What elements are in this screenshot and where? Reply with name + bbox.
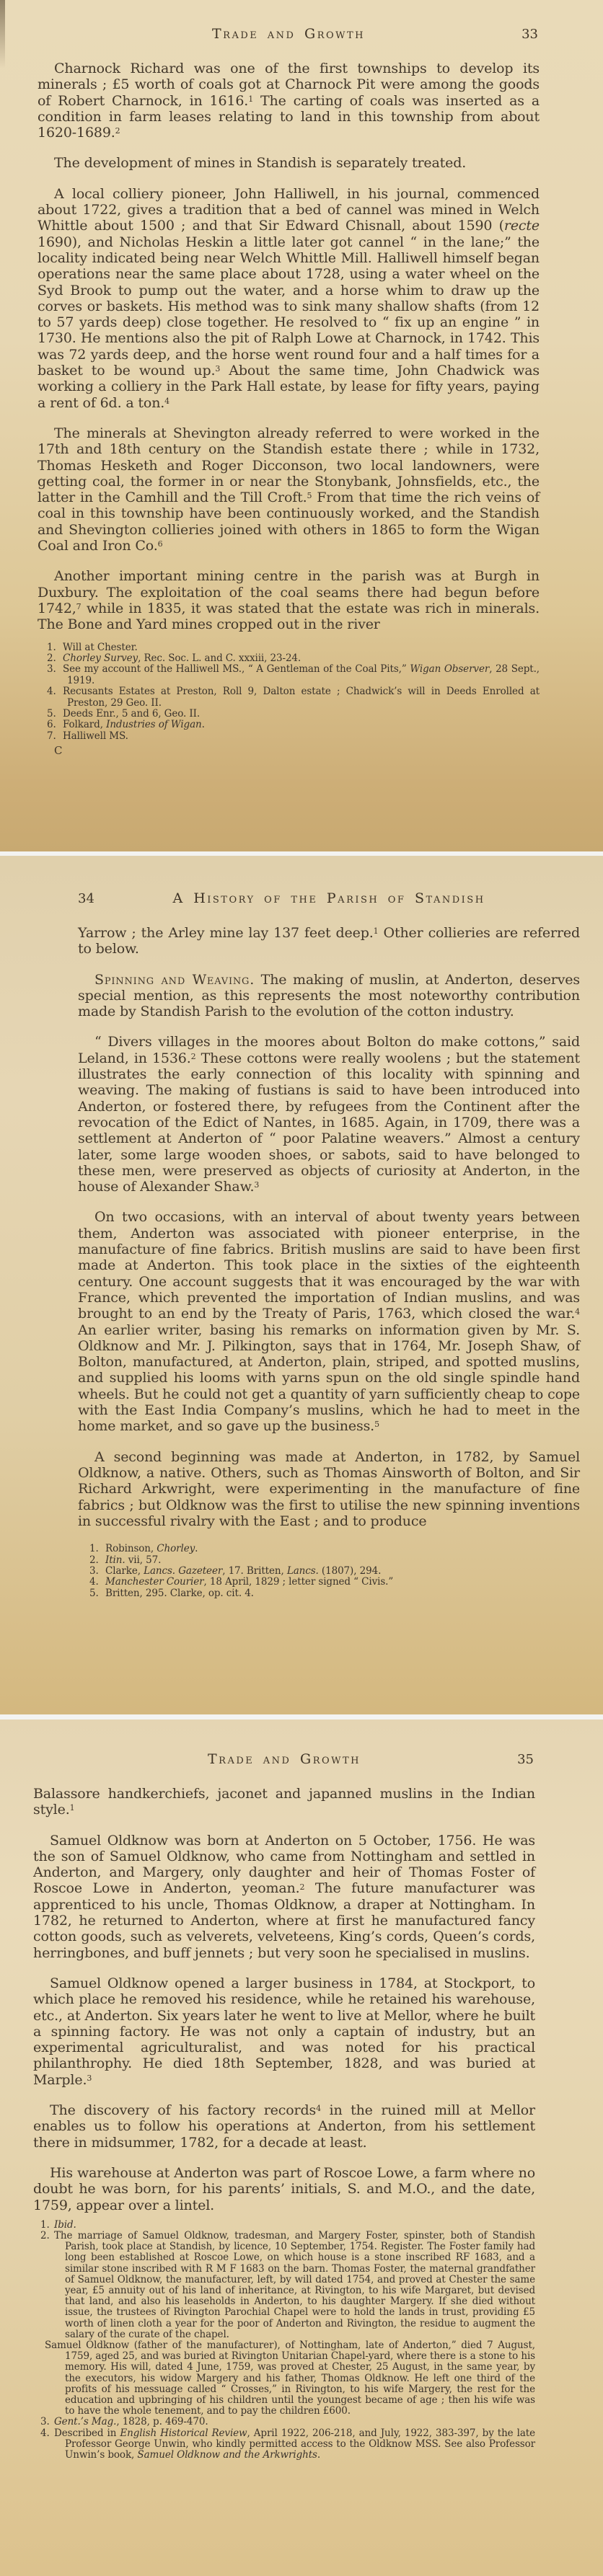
footnote-text: See my account of the Halliwell MS., “ A… [63, 663, 540, 686]
footnote-text: Britten, 295. Clarke, op. cit. 4. [105, 1588, 254, 1599]
paragraph: Samuel Oldknow was born at Anderton on 5… [33, 1833, 535, 1961]
footnote: 2.The marriage of Samuel Oldknow, trades… [40, 2231, 535, 2340]
footnote-number: 2. [47, 653, 63, 664]
footnote: 7.Halliwell MS. [47, 731, 540, 742]
footnote: 1.Will at Chester. [47, 642, 540, 653]
footnote-number: 2. [89, 1555, 105, 1566]
page-number: 34 [78, 891, 94, 906]
footnote: 2.Chorley Survey, Rec. Soc. L. and C. xx… [47, 653, 540, 664]
footnote-number: 4. [89, 1577, 105, 1588]
page-body: Balassore handkerchiefs, jaconet and jap… [33, 1786, 535, 2213]
footnote-number: 1. [47, 642, 63, 653]
footnote-text: Gent.’s Mag., 1828, p. 469-470. [54, 2416, 208, 2427]
footnote-number: 2. [40, 2231, 54, 2241]
page-number: 33 [521, 27, 538, 42]
running-head-title: A History of the Parish of Standish [172, 890, 485, 906]
footnote-number: 1. [89, 1544, 105, 1554]
footnote: 1.Ibid. [40, 2220, 535, 2231]
paragraph: A local colliery pioneer, John Halliwell… [38, 186, 540, 411]
footnote-text: Clarke, Lancs. Gazeteer, 17. Britten, La… [105, 1565, 381, 1577]
footnote: 3.Clarke, Lancs. Gazeteer, 17. Britten, … [89, 1566, 580, 1577]
footnote-text: Will at Chester. [63, 642, 138, 653]
page-34: 34 A History of the Parish of Standish Y… [0, 856, 603, 1714]
footnote-text: Itin. vii, 57. [105, 1554, 161, 1566]
footnote-text: Samuel Oldknow (father of the manufactur… [45, 2340, 535, 2417]
footnotes: 1.Will at Chester. 2.Chorley Survey, Rec… [47, 642, 540, 743]
footnote: 5.Britten, 295. Clarke, op. cit. 4. [89, 1588, 580, 1599]
footnote: 6.Folkard, Industries of Wigan. [47, 720, 540, 730]
footnote-text: Chorley Survey, Rec. Soc. L. and C. xxxi… [63, 652, 301, 664]
footnote: 4.Manchester Courier, 18 April, 1829 ; l… [89, 1577, 580, 1588]
footnote-text: The marriage of Samuel Oldknow, tradesma… [54, 2230, 535, 2340]
page-35: Trade and Growth 35 Balassore handkerchi… [0, 1719, 603, 2576]
paragraph: A second beginning was made at Anderton,… [78, 1449, 580, 1529]
paragraph: Samuel Oldknow opened a larger business … [33, 1975, 535, 2088]
footnote: 2.Itin. vii, 57. [89, 1555, 580, 1566]
footnote-text: Robinson, Chorley. [105, 1543, 198, 1554]
page-number: 35 [517, 1752, 534, 1767]
footnote-number: 6. [47, 720, 63, 730]
footnote: 3.See my account of the Halliwell MS., “… [47, 664, 540, 686]
paragraph: Another important mining centre in the p… [38, 568, 540, 632]
signature-mark: C [54, 744, 540, 757]
running-head-title: Trade and Growth [208, 1751, 361, 1767]
footnote-number: 1. [40, 2220, 54, 2231]
paragraph: “ Divers villages in the moores about Bo… [78, 1034, 580, 1195]
footnote-number: 3. [40, 2417, 54, 2427]
paragraph: Balassore handkerchiefs, jaconet and jap… [33, 1786, 535, 1818]
running-head: Trade and Growth 35 [33, 1751, 535, 1767]
footnote: 1.Robinson, Chorley. [89, 1544, 580, 1554]
footnote-text: Ibid. [54, 2219, 76, 2231]
page-body: Yarrow ; the Arley mine lay 137 feet dee… [78, 925, 580, 1529]
footnote-number: 3. [47, 664, 63, 675]
paragraph: The discovery of his factory records4 in… [33, 2102, 535, 2151]
footnote: 3.Gent.’s Mag., 1828, p. 469-470. [40, 2417, 535, 2427]
footnotes: 1.Ibid. 2.The marriage of Samuel Oldknow… [40, 2220, 535, 2461]
footnote-text: Folkard, Industries of Wigan. [63, 719, 205, 730]
footnote-number: 4. [40, 2428, 54, 2439]
footnote-text: Deeds Enr., 5 and 6, Geo. II. [63, 708, 200, 720]
footnote-number: 5. [89, 1588, 105, 1599]
footnote-number: 7. [47, 731, 63, 742]
footnotes: 1.Robinson, Chorley. 2.Itin. vii, 57. 3.… [89, 1544, 580, 1599]
footnote-text: Recusants Estates at Preston, Roll 9, Da… [63, 686, 540, 708]
footnote: 4.Recusants Estates at Preston, Roll 9, … [47, 686, 540, 709]
paragraph: The minerals at Shevington already refer… [38, 425, 540, 554]
paragraph: Spinning and Weaving. The making of musl… [78, 972, 580, 1020]
running-head: 34 A History of the Parish of Standish [78, 890, 580, 906]
footnote-number: 3. [89, 1566, 105, 1577]
footnote-number: 4. [47, 686, 63, 697]
page-body: Charnock Richard was one of the first to… [38, 61, 540, 633]
footnote-text: Described in English Historical Review, … [54, 2427, 535, 2461]
footnote: 5.Deeds Enr., 5 and 6, Geo. II. [47, 709, 540, 720]
footnote-continuation: Samuel Oldknow (father of the manufactur… [40, 2340, 535, 2417]
paragraph: His warehouse at Anderton was part of Ro… [33, 2165, 535, 2213]
running-head: Trade and Growth 33 [38, 26, 540, 42]
footnote-text: Manchester Courier, 18 April, 1829 ; let… [105, 1576, 393, 1588]
paragraph: Yarrow ; the Arley mine lay 137 feet dee… [78, 925, 580, 957]
paragraph: The development of mines in Standish is … [38, 155, 540, 171]
footnote-number: 5. [47, 709, 63, 720]
footnote: 4.Described in English Historical Review… [40, 2428, 535, 2461]
page-33: Trade and Growth 33 Charnock Richard was… [0, 0, 603, 851]
paragraph: Charnock Richard was one of the first to… [38, 61, 540, 141]
paragraph: On two occasions, with an interval of ab… [78, 1209, 580, 1434]
running-head-title: Trade and Growth [212, 26, 365, 42]
footnote-text: Halliwell MS. [63, 730, 128, 742]
